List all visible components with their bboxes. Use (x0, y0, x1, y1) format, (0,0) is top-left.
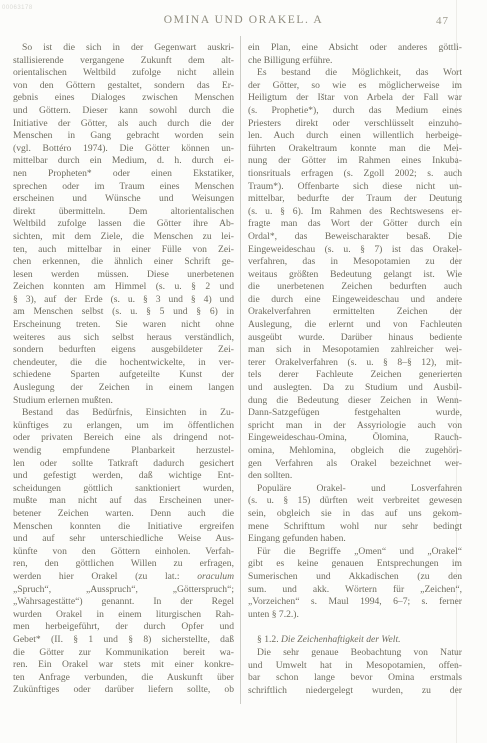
text-line: bar schon lange bevor Omina erstmals (248, 672, 462, 685)
text-line: wendig empfundene Planbarkeit herzustel- (13, 445, 234, 458)
paragraph: Die sehr genaue Beobachtung von Naturund… (248, 647, 462, 697)
text-line: man sich in Mesopotamien zahlreicher wei… (248, 344, 462, 357)
text-line: § 1.2. Die Zeichenhaftigkeit der Welt. (248, 634, 462, 647)
text-line: tionsrituals erfragen (s. Zgoll 2002; s.… (248, 168, 462, 181)
text-line: (s. u. § 6). Im Rahmen des Rechtswesens … (248, 206, 462, 219)
text-line: terer Orakelverfahren (s. u. § 8–§ 12), … (248, 357, 462, 370)
text-line: lesen werden müssen. Diese unerbetenen (13, 269, 234, 282)
text-line: stallisierende vergangene Zukunft dem al… (13, 55, 234, 68)
text-line: Es bestand die Möglichkeit, das Wort (248, 67, 462, 80)
text-line: chen erkennen, die ähnlich einer Schrift… (13, 256, 234, 269)
text-line: Sumerischen und Akkadischen (zu den (248, 571, 462, 584)
text-line: orientalischen Weltbild zufolge nicht al… (13, 67, 234, 80)
paragraph: Bestand das Bedürfnis, Einsichten in Zu-… (13, 407, 234, 697)
text-line: Traum*). Offenbarte sich diese nicht un- (248, 181, 462, 194)
text-line: Priesters direkt oder verschlüsselt einz… (248, 118, 462, 131)
text-line: künftiges zu erlangen, um im öffentliche… (13, 420, 234, 433)
text-line: gebnis eines Dialoges zwischen Menschen (13, 92, 234, 105)
text-line: Dann-Satzgefügen festgehalten wurde, (248, 407, 462, 420)
text-line: unten § 7.2.). (248, 609, 462, 622)
text-line: und auf sehr unterschiedliche Weise Aus- (13, 533, 234, 546)
right-text-column: ein Plan, eine Absicht oder anderes gött… (248, 42, 462, 697)
text-line: wurden Orakel in einem liturgischen Rah- (13, 609, 234, 622)
scan-watermark: 00063178 (2, 5, 33, 11)
text-line: und Umwelt hat in Mesopotamien, offen- (248, 660, 462, 673)
text-line: sum. und akk. Wörtern für „Zeichen“, (248, 584, 462, 597)
text-line: schriftlich niedergelegt wurden, zu der (248, 685, 462, 698)
text-line: Populäre Orakel- und Losverfahren (248, 483, 462, 496)
text-line: (vgl. Bottéro 1974). Die Götter können u… (13, 143, 234, 156)
column-divider-rule (240, 36, 241, 704)
text-line: nen Propheten* oder einen Ekstatiker, (13, 168, 234, 181)
text-line: tels derer Fachleute Zeichen generierten (248, 369, 462, 382)
text-line: fragte man das Wort der Götter durch ein (248, 218, 462, 231)
text-line: Auslegung der Zeichen in einem langen (13, 382, 234, 395)
page-number: 47 (436, 15, 449, 27)
text-line: So ist die sich in der Gegenwart auskri- (13, 42, 234, 55)
text-line: Auslegung, die erlernt und von Fachleute… (248, 319, 462, 332)
text-line: Initiative der Götter, als auch durch di… (13, 118, 234, 131)
text-line: der Götter, so wie es möglicherweise im (248, 80, 462, 93)
text-line: gibt es keine genauen Entsprechungen im (248, 558, 462, 571)
text-line: mußte man nicht auf das Erscheinen uner- (13, 495, 234, 508)
paragraph: § 1.2. Die Zeichenhaftigkeit der Welt. (248, 634, 462, 647)
text-line: Erscheinung treten. Sie waren nicht ohne (13, 319, 234, 332)
running-title: OMINA UND ORAKEL. A (0, 14, 487, 26)
text-line: verfahren, das in Mesopotamien zu der (248, 256, 462, 269)
text-line: mittelbar durch ein Medium, d. h. durch … (13, 155, 234, 168)
text-line: oder privaten Bereich eine als dringend … (13, 432, 234, 445)
text-line: „Spruch“, „Ausspruch“, „Götterspruch“; (13, 584, 234, 597)
text-line: ten Anfrage verbunden, die Auskunft über (13, 672, 234, 685)
text-line: die Götter zur Kommunikation bereit wa- (13, 647, 234, 660)
text-line: Bestand das Bedürfnis, Einsichten in Zu- (13, 407, 234, 420)
text-line: nung der Götter im Rahmen eines Inkuba- (248, 155, 462, 168)
text-line: scheidungen göttlich sanktioniert wurden… (13, 483, 234, 496)
text-line: direkt übermitteln. Dem altorientalische… (13, 206, 234, 219)
text-line: § 3), auf der Erde (s. u. § 3 und § 4) u… (13, 294, 234, 307)
text-line: (s. u. § 15) dürften weit verbreitet gew… (248, 495, 462, 508)
text-line: Gebet* (II. § 1 und § 8) sicherstellte, … (13, 634, 234, 647)
text-line: Zukünftiges oder darüber liefern sollte,… (13, 684, 234, 697)
text-line: betener Zeichen warten. Denn auch die (13, 508, 234, 521)
text-line: Orakelverfahren ermittelten Zeichen der (248, 306, 462, 319)
text-line: von den Göttern gestaltet, sondern das E… (13, 80, 234, 93)
text-line: führten Orakeltraum konnte man die Mei- (248, 143, 462, 156)
left-text-column: So ist die sich in der Gegenwart auskri-… (13, 42, 234, 697)
text-line: Menschen in Gang gebracht worden sein (13, 130, 234, 143)
text-line: „Wahrsagestätte“) genannt. In der Regel (13, 596, 234, 609)
paragraph: Für die Begriffe „Omen“ und „Orakel“gibt… (248, 546, 462, 622)
text-line: Eingeweideschau (s. u. § 7) ist das Orak… (248, 244, 462, 257)
text-line: ausgeübt wurde. Darüber hinaus bediente (248, 332, 462, 345)
text-line: weiteres aus sich selbst heraus verständ… (13, 332, 234, 345)
text-line: die durch eine Eingeweideschau und ander… (248, 294, 462, 307)
text-line: ten, auch mittelbar in einer Fülle von Z… (13, 244, 234, 257)
text-line: Die sehr genaue Beobachtung von Natur (248, 647, 462, 660)
text-line: omina, Mehlomina, obgleich die zugehöri- (248, 445, 462, 458)
text-line: und Göttern. Dieser kann sowohl durch di… (13, 105, 234, 118)
paragraph: So ist die sich in der Gegenwart auskri-… (13, 42, 234, 407)
text-line: ren, den göttlichen Willen zu erfragen, (13, 558, 234, 571)
text-line: Weltbild zufolge lassen die Götter ihre … (13, 218, 234, 231)
text-line: dung die Bedeutung dieser Zeichen in Wen… (248, 395, 462, 408)
text-line: sondern bedurften eigens ausgebildeter Z… (13, 344, 234, 357)
book-page: 00063178 OMINA UND ORAKEL. A 47 So ist d… (0, 0, 487, 743)
text-line: len oder sollte Tatkraft dadurch gesiche… (13, 458, 234, 471)
text-line: die unerbetenen Zeichen bedurften auch (248, 281, 462, 294)
text-line: Zeichen konnten am Himmel (s. u. § 2 und (13, 281, 234, 294)
text-line: weitaus größten Bedeutung gelangt ist. W… (248, 269, 462, 282)
text-line: ein Plan, eine Absicht oder anderes gött… (248, 42, 462, 55)
text-line: werden hier Orakel (zu lat.: oraculum (13, 571, 234, 584)
text-line: Für die Begriffe „Omen“ und „Orakel“ (248, 546, 462, 559)
text-line: (s. Prophetie*), durch das Medium eines (248, 105, 462, 118)
paragraph: ein Plan, eine Absicht oder anderes gött… (248, 42, 462, 67)
text-line: „Vorzeichen“ s. Maul 1994, 6–7; s. ferne… (248, 596, 462, 609)
paragraph: Es bestand die Möglichkeit, das Wortder … (248, 67, 462, 483)
text-line: chendeuter, die die hochentwickelte, in … (13, 357, 234, 370)
text-line: künfte von den Göttern einholen. Verfah- (13, 546, 234, 559)
text-line: mittelbar, bedurfte der Traum der Deutun… (248, 193, 462, 206)
text-line: den sollten. (248, 470, 462, 483)
text-line: che Billigung erführe. (248, 55, 462, 68)
text-line: Eingeweideschau-Omina, Ölomina, Rauch- (248, 432, 462, 445)
text-line: und auslegten. Da zu Studium und Ausbil- (248, 382, 462, 395)
text-line: sprechen oder im Traum eines Menschen (13, 181, 234, 194)
text-line: gen Verfahren als Orakel bezeichnet wer- (248, 458, 462, 471)
text-line: schiedene Sparten aufgeteilte Kunst der (13, 369, 234, 382)
text-line: Studium erlernen mußten. (13, 395, 234, 408)
text-line: ren. Ein Orakel war stets mit einer konk… (13, 659, 234, 672)
text-line: spricht man in der Assyriologie auch von (248, 420, 462, 433)
text-line: men herbeigeführt, der durch Opfer und (13, 621, 234, 634)
text-line: am Menschen selbst (s. u. § 5 und § 6) i… (13, 306, 234, 319)
text-line: und gefestigt werden, daß wichtige Ent- (13, 470, 234, 483)
paragraph: Populäre Orakel- und Losverfahren(s. u. … (248, 483, 462, 546)
text-line: erscheinen und Wünsche und Weisungen (13, 193, 234, 206)
text-line: Heiligtum der Ištar von Arbela der Fall … (248, 92, 462, 105)
text-line: mene Schrifttum wohl nur sehr bedingt (248, 521, 462, 534)
text-line: Menschen konnten die Initiative ergreife… (13, 521, 234, 534)
text-line: Eingang gefunden haben. (248, 533, 462, 546)
text-line: len. Auch durch einen willentlich herbei… (248, 130, 462, 143)
text-line: Ordal*, das Beweischarakter besaß. Die (248, 231, 462, 244)
text-line: sichten, mit dem Ziele, die Menschen zu … (13, 231, 234, 244)
text-line: sein, obgleich sie in das auf uns gekom- (248, 508, 462, 521)
